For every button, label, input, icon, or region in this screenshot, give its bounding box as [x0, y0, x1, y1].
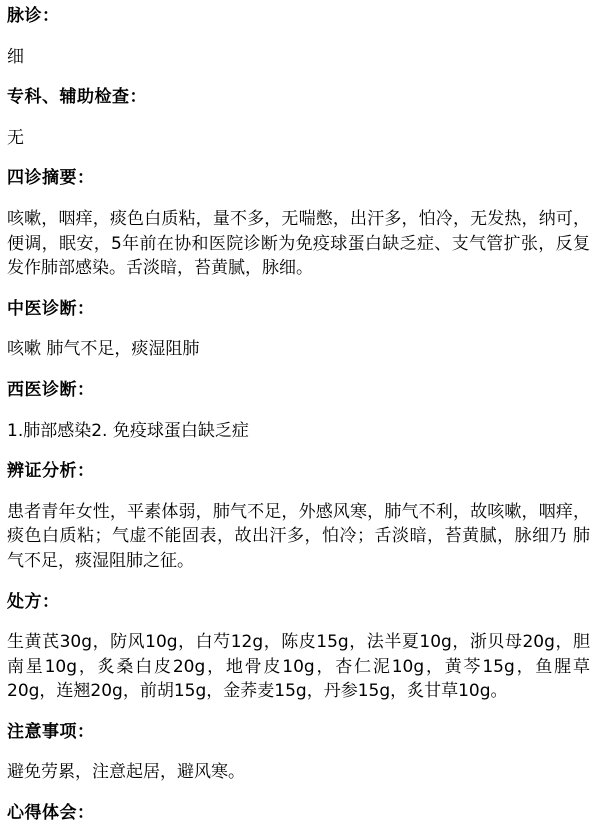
section-heading-specialty-auxiliary-exam: 专科、辅助检查： — [7, 85, 590, 110]
section-heading-syndrome-analysis: 辨证分析： — [7, 459, 590, 484]
section-heading-pulse-diagnosis: 脉诊： — [7, 4, 590, 29]
section-content-syndrome-analysis: 患者青年女性，平素体弱，肺气不足，外感风寒，肺气不利，故咳嗽，咽痒，痰色白质粘；… — [7, 500, 590, 574]
section-heading-four-diagnosis-summary: 四诊摘要： — [7, 166, 590, 191]
section-content-western-diagnosis: 1.肺部感染2. 免疫球蛋白缺乏症 — [7, 419, 590, 444]
section-content-prescription: 生黄芪30g，防风10g，白芍12g，陈皮15g，法半夏10g，浙贝母20g，胆… — [7, 630, 590, 704]
section-heading-tcm-diagnosis: 中医诊断： — [7, 297, 590, 322]
section-content-tcm-diagnosis: 咳嗽 肺气不足，痰湿阻肺 — [7, 337, 590, 362]
section-content-specialty-auxiliary-exam: 无 — [7, 126, 590, 151]
medical-record-document: 脉诊： 细 专科、辅助检查： 无 四诊摘要： 咳嗽，咽痒，痰色白质粘，量不多，无… — [0, 0, 596, 826]
section-heading-prescription: 处方： — [7, 590, 590, 615]
section-content-pulse-diagnosis: 细 — [7, 45, 590, 70]
section-content-precautions: 避免劳累，注意起居，避风寒。 — [7, 760, 590, 785]
section-heading-western-diagnosis: 西医诊断： — [7, 378, 590, 403]
section-content-four-diagnosis-summary: 咳嗽，咽痒，痰色白质粘，量不多，无喘憋，出汗多，怕冷，无发热，纳可，便调，眠安，… — [7, 207, 590, 281]
section-heading-precautions: 注意事项： — [7, 720, 590, 745]
section-heading-insights: 心得体会： — [7, 801, 590, 826]
